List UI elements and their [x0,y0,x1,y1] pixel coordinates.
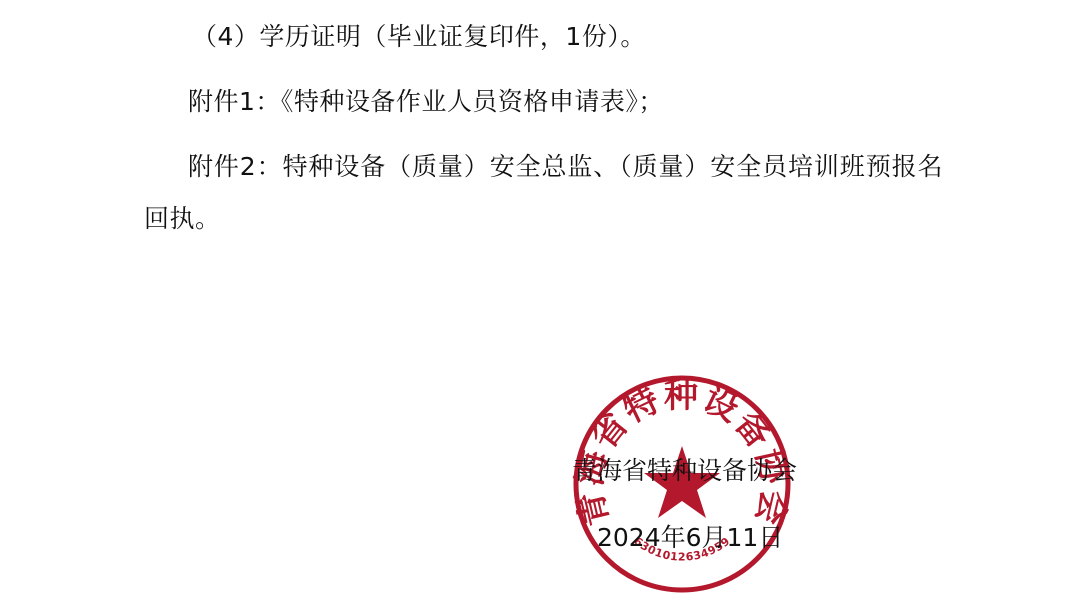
attachment-2: 附件2：特种设备（质量）安全总监、（质量）安全员培训班预报名 [188,152,943,182]
signing-organization: 青海省特种设备协会 [572,456,797,486]
signing-date: 2024年6月11日 [597,523,783,553]
attachment-1: 附件1：《特种设备作业人员资格申请表》； [188,87,664,117]
requirement-item-4: （4）学历证明（毕业证复印件，1份）。 [192,22,646,52]
attachment-2-continued: 回执。 [144,204,221,234]
